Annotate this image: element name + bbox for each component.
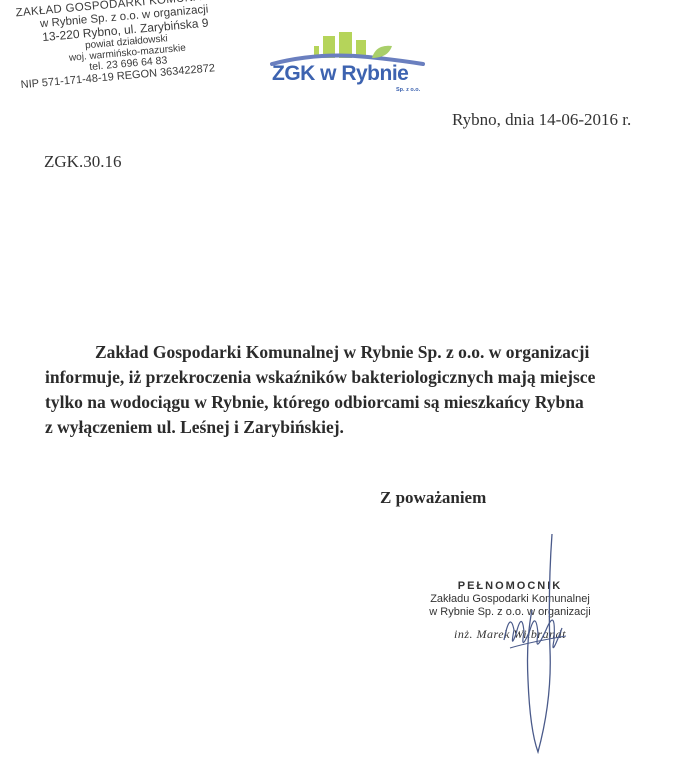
company-address-stamp: ZAKŁAD GOSPODARKI KOMUNALNEJ w Rybnie Sp… — [8, 0, 245, 93]
leaf-icon — [372, 46, 392, 58]
logo-brand-text: ZGK w Rybnie — [272, 62, 408, 86]
body-line: z wyłączeniem ul. Leśnej i Zarybińskiej. — [45, 415, 665, 440]
handwritten-signature-icon — [490, 530, 600, 760]
body-line: informuje, iż przekroczenia wskaźników b… — [45, 365, 665, 390]
zgk-logo: ZGK w Rybnie Sp. z o.o. — [268, 24, 428, 96]
body-line: tylko na wodociągu w Rybnie, którego odb… — [45, 390, 665, 415]
logo-subtitle: Sp. z o.o. — [396, 87, 420, 93]
closing-salutation: Z poważaniem — [380, 488, 486, 508]
letter-body: Zakład Gospodarki Komunalnej w Rybnie Sp… — [45, 340, 665, 440]
body-line: Zakład Gospodarki Komunalnej w Rybnie Sp… — [45, 340, 665, 365]
letter-date: Rybno, dnia 14-06-2016 r. — [452, 110, 631, 130]
reference-number: ZGK.30.16 — [44, 152, 121, 172]
